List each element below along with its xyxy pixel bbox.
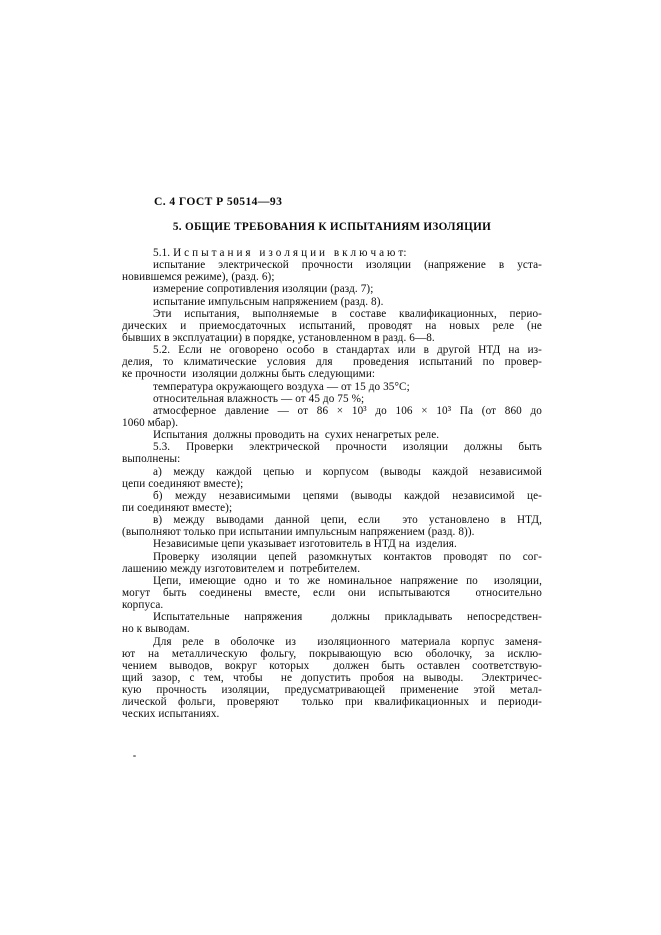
- text-line: б) между независимыми цепями (выводы каж…: [122, 490, 542, 502]
- text-line: Цепи, имеющие одно и то же номинальное н…: [122, 575, 542, 587]
- text-line: (выполняют только при испытании импульсн…: [122, 526, 542, 538]
- text-line: Испытательные напряжения должны приклады…: [122, 611, 542, 623]
- text-line: Эти испытания, выполняемые в составе ква…: [122, 308, 542, 320]
- text-line: но к выводам.: [122, 623, 542, 635]
- text-line: чением выводов, вокруг которых должен бы…: [122, 660, 542, 672]
- text-line: пи соединяют вместе);: [122, 502, 542, 514]
- text-line: кую прочность изоляции, предусматривающе…: [122, 684, 542, 696]
- running-head: С. 4 ГОСТ Р 50514—93: [154, 195, 282, 208]
- text-line: а) между каждой цепью и корпусом (выводы…: [122, 466, 542, 478]
- text-line: измерение сопротивления изоляции (разд. …: [122, 283, 542, 295]
- text-line: лашению между изготовителем и потребител…: [122, 563, 542, 575]
- text-line: относительная влажность — от 45 до 75 %;: [122, 393, 542, 405]
- document-page: С. 4 ГОСТ Р 50514—93 5. ОБЩИЕ ТРЕБОВАНИЯ…: [0, 0, 661, 935]
- text-line: Независимые цепи указывает изготовитель …: [122, 538, 542, 550]
- text-line: 5.2. Если не оговорено особо в стандарта…: [122, 344, 542, 356]
- text-line: испытание импульсным напряжением (разд. …: [122, 296, 542, 308]
- text-line: лической фольги, проверяют только при кв…: [122, 696, 542, 708]
- text-line: атмосферное давление — от 86 × 10³ до 10…: [122, 405, 542, 417]
- section-title: 5. ОБЩИЕ ТРЕБОВАНИЯ К ИСПЫТАНИЯМ ИЗОЛЯЦИ…: [122, 221, 542, 233]
- text-line: выполнены:: [122, 453, 542, 465]
- text-line: Проверку изоляции цепей разомкнутых конт…: [122, 551, 542, 563]
- text-line: новившемся режиме), (разд. 6);: [122, 271, 542, 283]
- text-line: цепи соединяют вместе);: [122, 478, 542, 490]
- text-line: Для реле в оболочке из изоляционного мат…: [122, 636, 542, 648]
- text-line: ке прочности изоляции должны быть следую…: [122, 368, 542, 380]
- text-line: 5.1. И с п ы т а н и я и з о л я ц и и в…: [122, 247, 542, 259]
- text-line: 5.3. Проверки электрической прочности из…: [122, 441, 542, 453]
- text-line: щий зазор, с тем, чтобы не допустить про…: [122, 672, 542, 684]
- text-line: делия, то климатические условия для пров…: [122, 356, 542, 368]
- text-line: 1060 мбар).: [122, 417, 542, 429]
- document-body: 5.1. И с п ы т а н и я и з о л я ц и и в…: [122, 247, 542, 720]
- scan-artifact-dot: [133, 755, 136, 757]
- text-line: дических и приемосдаточных испытаний, пр…: [122, 320, 542, 332]
- text-line: в) между выводами данной цепи, если это …: [122, 514, 542, 526]
- text-line: бывших в эксплуатации) в порядке, устано…: [122, 332, 542, 344]
- text-line: температура окружающего воздуха — от 15 …: [122, 381, 542, 393]
- text-line: могут быть соединены вместе, если они ис…: [122, 587, 542, 599]
- text-line: корпуса.: [122, 599, 542, 611]
- text-line: испытание электрической прочности изоляц…: [122, 259, 542, 271]
- text-line: ческих испытаниях.: [122, 708, 542, 720]
- text-line: ют на металлическую фольгу, покрывающую …: [122, 648, 542, 660]
- text-line: Испытания должны проводить на сухих нена…: [122, 429, 542, 441]
